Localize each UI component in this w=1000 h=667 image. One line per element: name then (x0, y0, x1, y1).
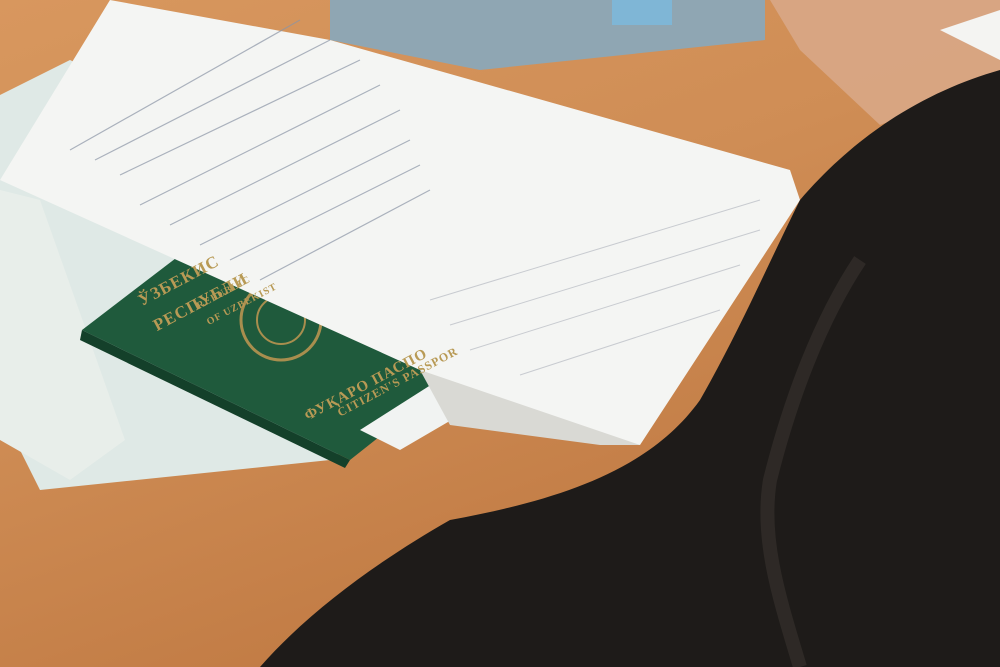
barcode-label (612, 0, 672, 25)
photo-scene: ЎЗБЕКИС РЕСПУБЛИ REPUBLIC OF UZBEKIST ФУ… (0, 0, 1000, 667)
scene-illustration (0, 0, 1000, 667)
